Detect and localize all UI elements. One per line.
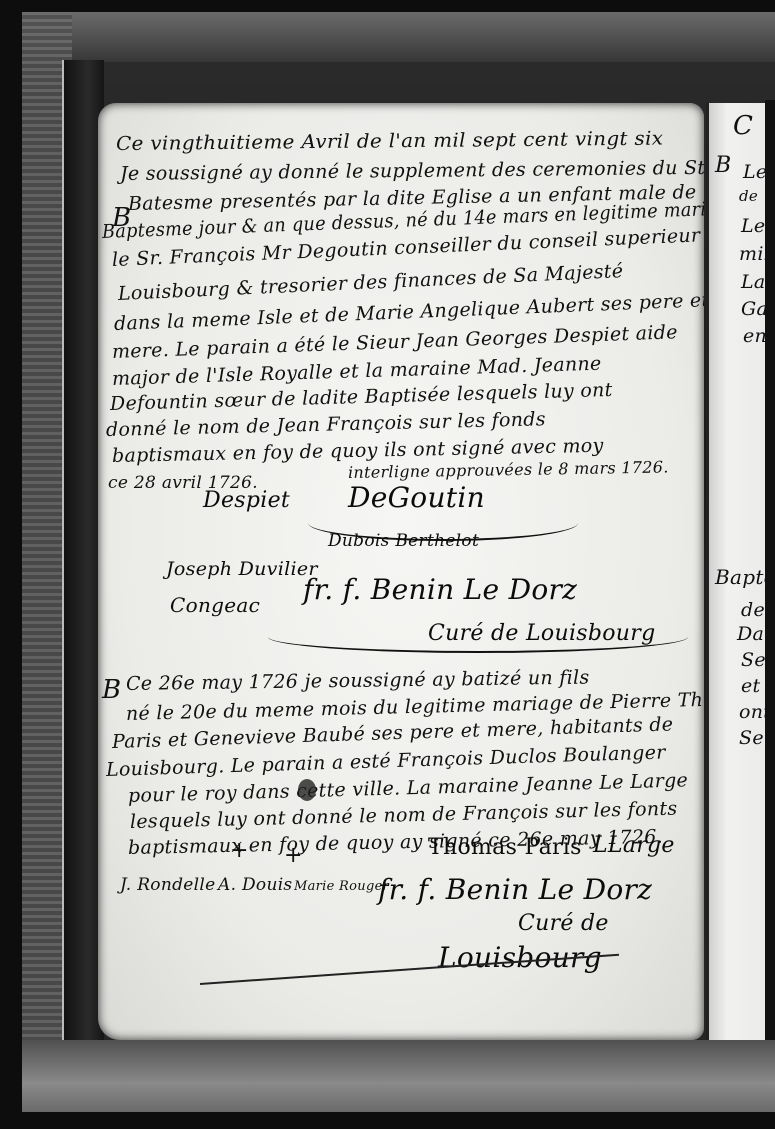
adjacent-fragment: Le	[743, 161, 767, 183]
adjacent-fragment: C	[733, 111, 753, 141]
signature-marie-rouger: Marie Rouger	[294, 879, 389, 894]
entry1-line: Je soussigné ay donné le supplement des …	[120, 157, 704, 185]
adjacent-fragment: Baptem	[715, 565, 769, 589]
binding-board-top	[22, 12, 775, 62]
signature-despiet: Despiet	[203, 488, 290, 513]
adjacent-fragment: de	[739, 187, 758, 205]
mark-cross: +	[230, 838, 248, 863]
signature-benin-le-dorz: fr. f. Benin Le Dorz	[303, 573, 577, 606]
adjacent-page-shadow	[765, 100, 775, 1040]
signature-thomas-paris: Thomas Paris	[428, 835, 582, 860]
adjacent-fragment: B	[715, 153, 731, 178]
adjacent-fragment: La	[741, 271, 766, 293]
entry2-line: Ce 26e may 1726 je soussigné ay batizé u…	[126, 667, 590, 695]
signature-duvilier: Joseph Duvilier	[166, 558, 318, 580]
mark-cross: +	[284, 843, 302, 868]
adjacent-fragment: Da	[737, 623, 764, 645]
adjacent-fragment: de	[741, 599, 765, 621]
adjacent-fragment: en	[743, 325, 767, 347]
signature-cure-title: Curé de	[518, 911, 609, 936]
adjacent-fragment: Se	[739, 727, 764, 749]
signature-rondelle: J. Rondelle	[120, 875, 215, 895]
ink-blot	[298, 779, 316, 801]
signature-congeac: Congeac	[170, 593, 260, 617]
signature-llarge: LLarge	[593, 833, 675, 858]
entry1-line: Ce vingthuitieme Avril de l'an mil sept …	[116, 128, 664, 155]
adjacent-fragment: Se	[741, 649, 766, 671]
signature-flourish	[268, 621, 688, 653]
adjacent-fragment: Le	[741, 215, 765, 237]
entry2-margin-mark: B	[102, 675, 121, 705]
register-page: B Ce vingthuitieme Avril de l'an mil sep…	[98, 103, 704, 1040]
signature-benin-le-dorz: fr. f. Benin Le Dorz	[378, 873, 652, 906]
signature-douis: A. Douis	[218, 875, 292, 895]
binding-board-bottom	[22, 1040, 775, 1112]
adjacent-page: C B Le de Le mil La Gau en Baptem de Da …	[706, 103, 769, 1040]
entry1-interlineation-note: interligne approuvées le 8 mars 1726.	[348, 457, 669, 482]
adjacent-fragment: et	[741, 675, 760, 697]
signature-dubois-berthelot: Dubois Berthelot	[328, 531, 479, 551]
